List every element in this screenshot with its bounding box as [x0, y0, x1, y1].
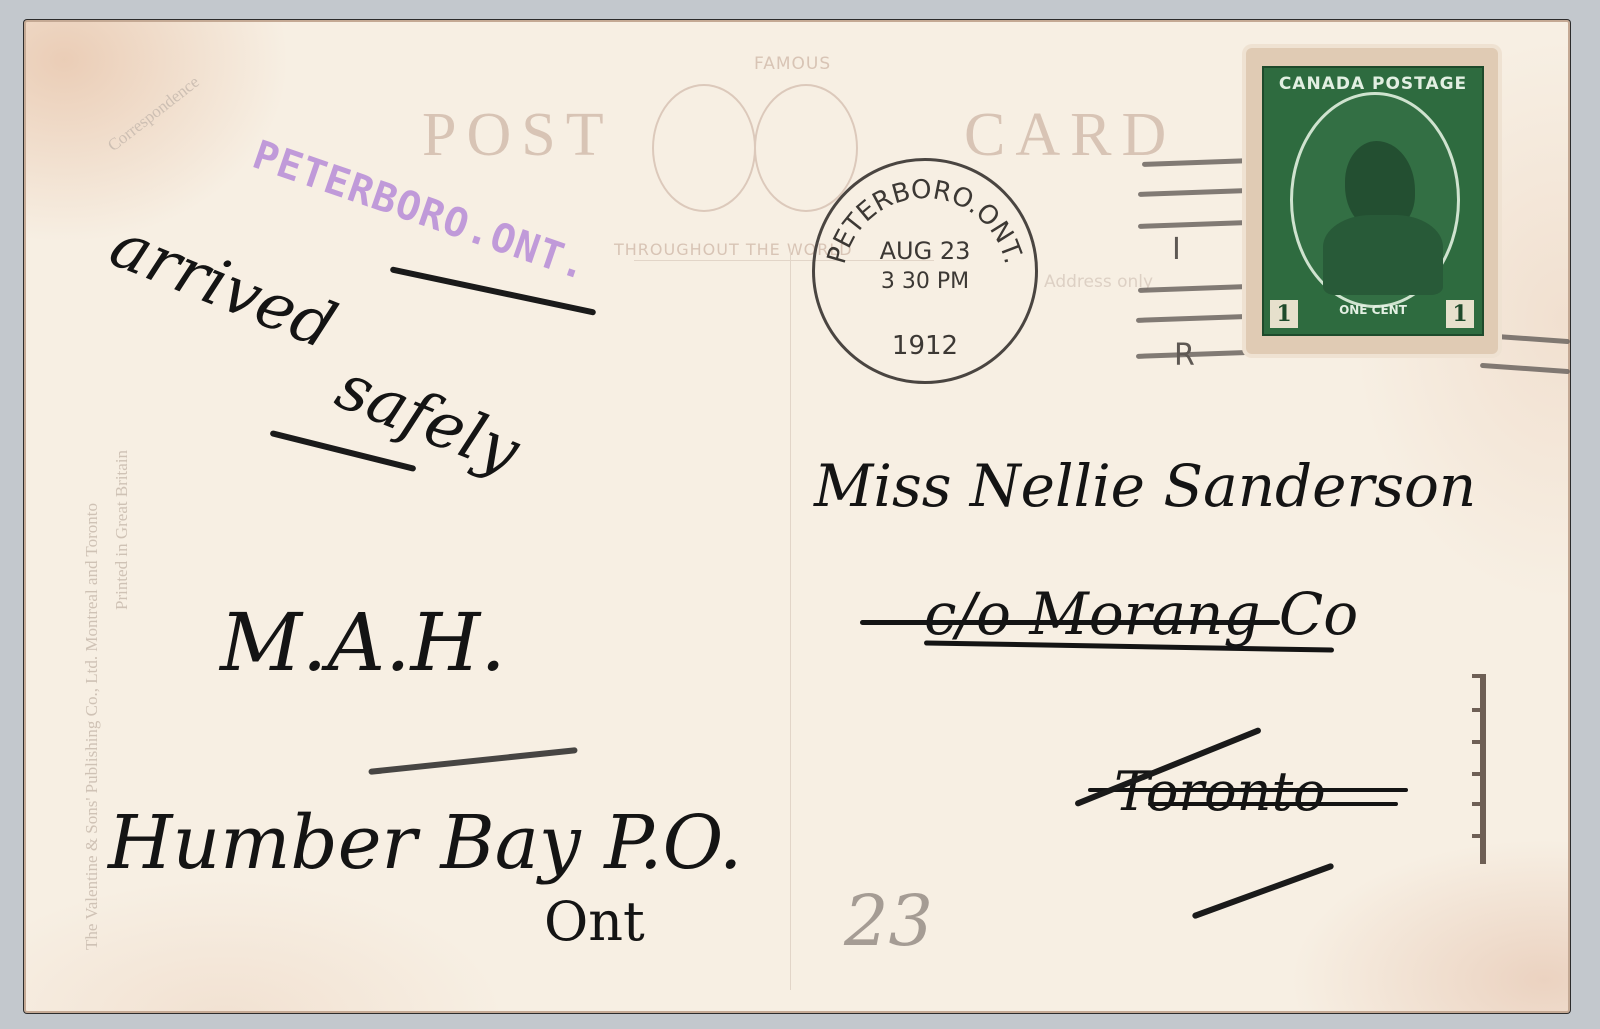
- ladder-tick: [1472, 834, 1486, 838]
- cancel-line: [1138, 220, 1248, 229]
- postage-stamp: CANADA POSTAGE 1 ONE CENT 1: [1246, 48, 1498, 354]
- ladder-tick: [1472, 740, 1486, 744]
- address-province: Ont: [544, 890, 645, 953]
- cancel-letter-r: R: [1174, 338, 1195, 373]
- stamp-denomination: ONE CENT: [1328, 304, 1418, 317]
- cancel-line: [1138, 188, 1248, 197]
- cancel-letter-i: I: [1172, 232, 1181, 267]
- stamp-country: CANADA POSTAGE: [1264, 74, 1482, 94]
- message-signature: M.A.H.: [220, 596, 506, 689]
- printed-famous: FAMOUS: [754, 54, 831, 74]
- printed-in-great-britain: Printed in Great Britain: [112, 450, 132, 610]
- postmark-date: AUG 23: [815, 237, 1035, 265]
- ink-dash: [1191, 863, 1334, 920]
- stamp-portrait-oval: [1290, 92, 1460, 308]
- edge-ladder-mark: [1480, 674, 1518, 864]
- printed-address-only: Address only: [1044, 272, 1153, 292]
- circular-postmark: PETERBORO.ONT. AUG 23 3 30 PM 1912: [812, 158, 1038, 384]
- printed-correspondence: Correspondence: [104, 72, 203, 156]
- address-forward: Humber Bay P.O.: [108, 800, 742, 886]
- ink-dash: [368, 747, 577, 775]
- cancel-line: [1138, 284, 1248, 293]
- stamp-value-right: 1: [1446, 300, 1474, 328]
- stamp-design: CANADA POSTAGE 1 ONE CENT 1: [1262, 66, 1484, 336]
- ladder-tick: [1472, 708, 1486, 712]
- address-line2-struck: c/o Morang Co: [924, 580, 1358, 648]
- cancel-line: [1480, 363, 1570, 374]
- strikethrough-line: [1148, 802, 1398, 806]
- king-uniform-icon: [1323, 215, 1443, 295]
- message-safely: safely: [326, 350, 529, 489]
- printed-post: POST: [422, 100, 614, 171]
- printed-publisher: The Valentine & Sons' Publishing Co., Lt…: [82, 503, 102, 950]
- strikethrough-line: [860, 620, 1280, 625]
- ladder-tick: [1472, 772, 1486, 776]
- postcard-back: FAMOUS POST CARD THROUGHOUT THE WORLD Ad…: [24, 20, 1570, 1013]
- address-name: Miss Nellie Sanderson: [814, 452, 1476, 520]
- message-arrived: arrived: [100, 208, 345, 365]
- ladder-tick: [1472, 674, 1486, 678]
- stamp-value-left: 1: [1270, 300, 1298, 328]
- postmark-time: 3 30 PM: [815, 269, 1035, 294]
- strikethrough-line: [1088, 788, 1408, 792]
- cancel-line: [1136, 314, 1246, 323]
- globe-logo-left-icon: [652, 84, 756, 212]
- postmark-year: 1912: [815, 331, 1035, 361]
- ladder-tick: [1472, 802, 1486, 806]
- pencil-note: 23: [844, 880, 933, 962]
- center-divider: [790, 250, 791, 990]
